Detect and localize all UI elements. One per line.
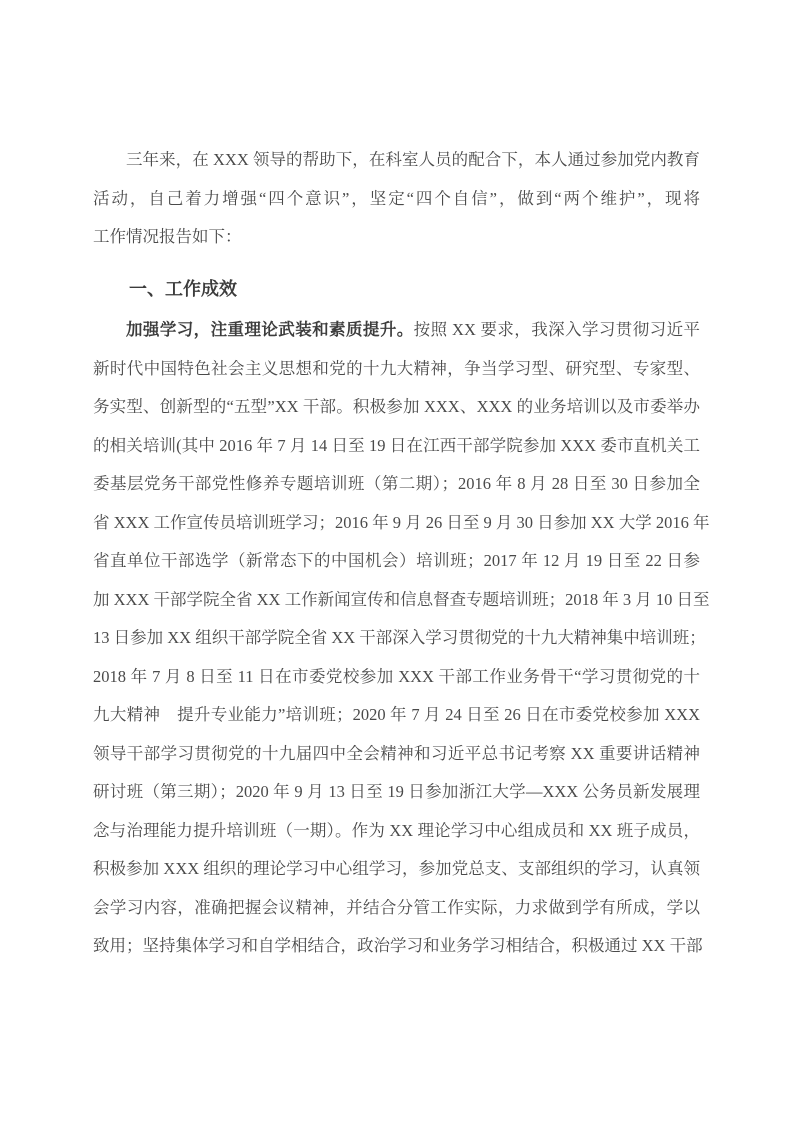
first-line-rest-text: 按照 XX 要求，我深入学习贯彻习近平	[414, 320, 700, 339]
lead-bold-text: 加强学习，注重理论武装和素质提升。	[126, 320, 414, 339]
document-page: 三年来，在 XXX 领导的帮助下，在科室人员的配合下，本人通过参加党内教育活动，…	[0, 0, 793, 1122]
text-line: 委基层党务干部党性修养专题培训班（第二期）；2016 年 8 月 28 日至 3…	[93, 465, 700, 504]
achievements-paragraph: 加强学习，注重理论武装和素质提升。按照 XX 要求，我深入学习贯彻习近平 新时代…	[93, 311, 700, 966]
text-line: 13 日参加 XX 组织干部学院全省 XX 干部深入学习贯彻党的十九大精神集中培…	[93, 619, 700, 658]
text-line: 加强学习，注重理论武装和素质提升。按照 XX 要求，我深入学习贯彻习近平	[93, 311, 700, 350]
text-line: 加 XXX 干部学院全省 XX 工作新闻宣传和信息督查专题培训班；2018 年 …	[93, 581, 700, 620]
text-line: 新时代中国特色社会主义思想和党的十九大精神，争当学习型、研究型、专家型、	[93, 350, 700, 389]
section-heading: 一、工作成效	[93, 270, 700, 309]
intro-paragraph-lines: 三年来，在 XXX 领导的帮助下，在科室人员的配合下，本人通过参加党内教育活动，…	[93, 141, 700, 257]
text-line: 2018 年 7 月 8 日至 11 日在市委党校参加 XXX 干部工作业务骨干…	[93, 658, 700, 697]
text-line: 积极参加 XXX 组织的理论学习中心组学习，参加党总支、支部组织的学习，认真领	[93, 850, 700, 889]
text-line: 研讨班（第三期）；2020 年 9 月 13 日至 19 日参加浙江大学—XXX…	[93, 773, 700, 812]
achievements-paragraph-lines: 新时代中国特色社会主义思想和党的十九大精神，争当学习型、研究型、专家型、务实型、…	[93, 350, 700, 966]
text-line: 的相关培训(其中 2016 年 7 月 14 日至 19 日在江西干部学院参加 …	[93, 427, 700, 466]
text-line: 九大精神 提升专业能力”培训班；2020 年 7 月 24 日至 26 日在市委…	[93, 696, 700, 735]
text-line: 活动，自己着力增强“四个意识”，坚定“四个自信”，做到“两个维护”，现将	[93, 180, 700, 219]
text-line: 致用；坚持集体学习和自学相结合，政治学习和业务学习相结合，积极通过 XX 干部	[93, 927, 700, 966]
text-line: 省直单位干部选学（新常态下的中国机会）培训班；2017 年 12 月 19 日至…	[93, 542, 700, 581]
text-line: 领导干部学习贯彻党的十九届四中全会精神和习近平总书记考察 XX 重要讲话精神	[93, 735, 700, 774]
text-line: 务实型、创新型的“五型”XX 干部。积极参加 XXX、XXX 的业务培训以及市委…	[93, 388, 700, 427]
text-line: 省 XXX 工作宣传员培训班学习；2016 年 9 月 26 日至 9 月 30…	[93, 504, 700, 543]
intro-paragraph: 三年来，在 XXX 领导的帮助下，在科室人员的配合下，本人通过参加党内教育活动，…	[93, 141, 700, 257]
text-line: 三年来，在 XXX 领导的帮助下，在科室人员的配合下，本人通过参加党内教育	[93, 141, 700, 180]
text-line: 工作情况报告如下：	[93, 218, 700, 257]
text-line: 会学习内容，准确把握会议精神，并结合分管工作实际，力求做到学有所成，学以	[93, 889, 700, 928]
text-line: 念与治理能力提升培训班（一期）。作为 XX 理论学习中心组成员和 XX 班子成员…	[93, 812, 700, 851]
